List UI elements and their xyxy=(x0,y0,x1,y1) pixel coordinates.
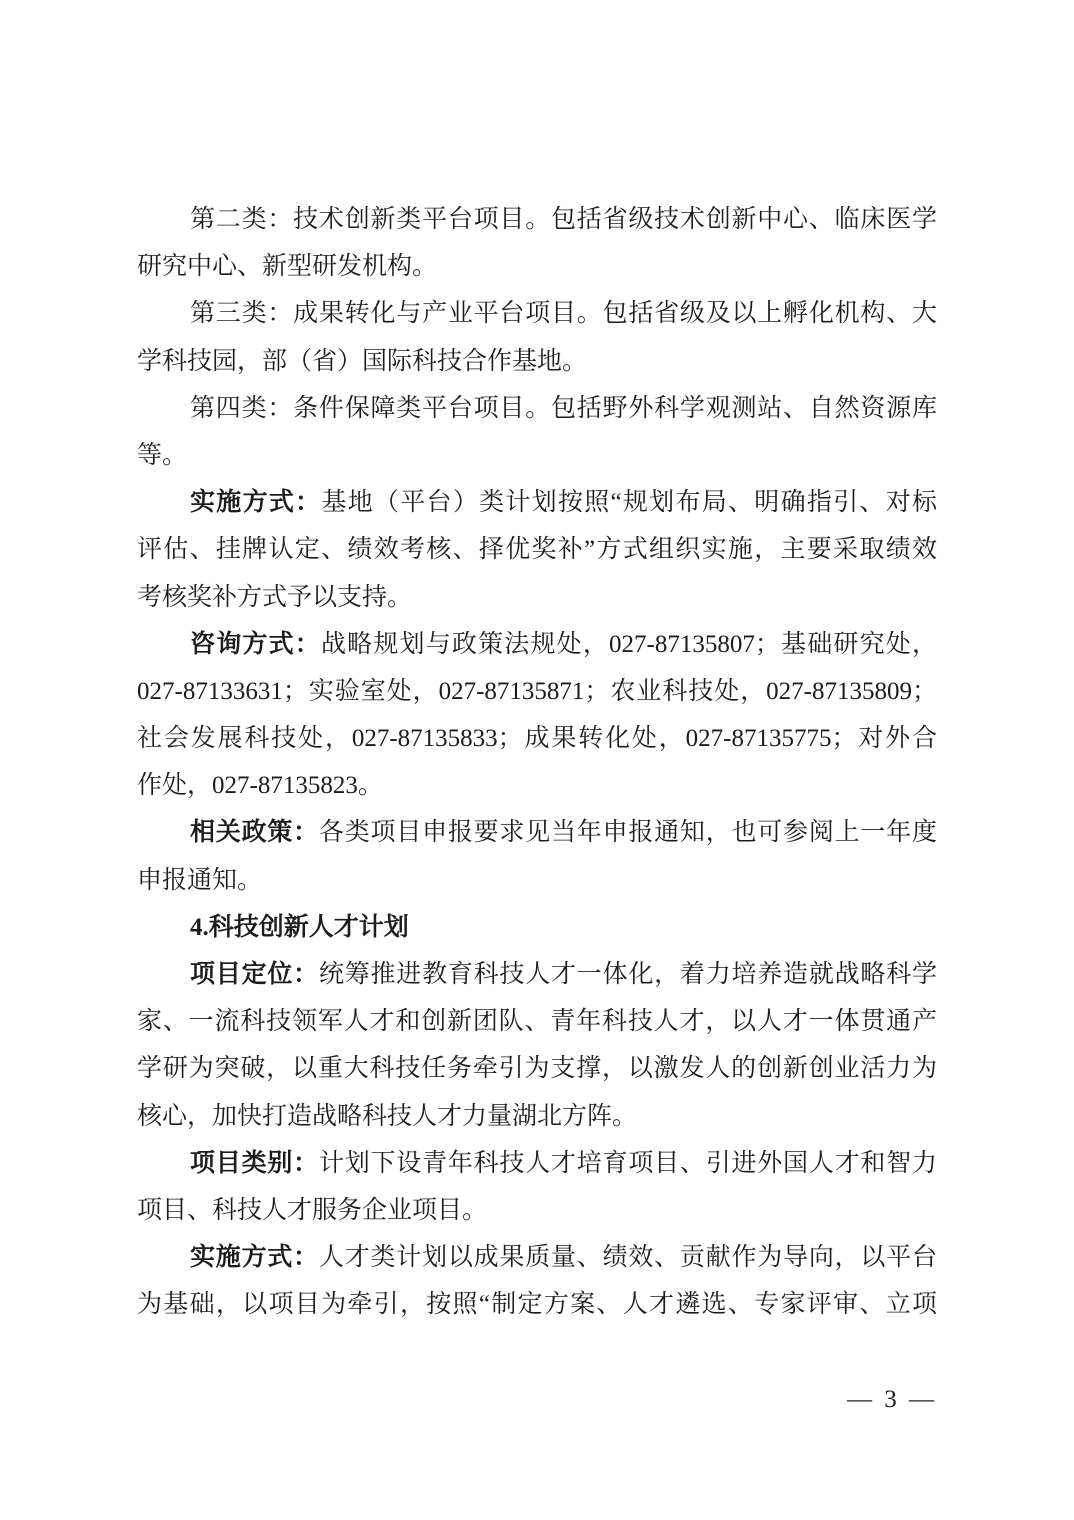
text-run: 人才类计划以成果质量、绩效、贡献作为导向，以平台 xyxy=(319,1244,937,1271)
text-run: 统筹推进教育科技人才一体化，着力培养造就战略科学 xyxy=(319,961,937,988)
page-number: — 3 — xyxy=(847,1384,937,1416)
text-run: 考核奖补方式予以支持。 xyxy=(137,584,412,611)
paragraph: 第四类：条件保障类平台项目。包括野外科学观测站、自然资源库等。 xyxy=(137,385,937,479)
text-run: 学研为突破，以重大科技任务牵引为支撑，以激发人的创新创业活力为 xyxy=(137,1055,937,1082)
paragraph: 咨询方式：战略规划与政策法规处，027-87135807；基础研究处，027-8… xyxy=(137,621,937,810)
paragraph: 第二类：技术创新类平台项目。包括省级技术创新中心、临床医学研究中心、新型研发机构… xyxy=(137,196,937,290)
text-run: 计划下设青年科技人才培育项目、引进外国人才和智力 xyxy=(319,1150,937,1177)
text-line: 评估、挂牌认定、绩效考核、择优奖补”方式组织实施，主要采取绩效 xyxy=(137,526,937,573)
text-line: 项目定位：统筹推进教育科技人才一体化，着力培养造就战略科学 xyxy=(137,951,937,998)
text-line: 第三类：成果转化与产业平台项目。包括省级及以上孵化机构、大 xyxy=(137,290,937,337)
text-line: 学科技园，部（省）国际科技合作基地。 xyxy=(137,338,937,385)
text-line: 家、一流科技领军人才和创新团队、青年科技人才，以人才一体贯通产 xyxy=(137,998,937,1045)
text-line: 研究中心、新型研发机构。 xyxy=(137,243,937,290)
text-run: 评估、挂牌认定、绩效考核、择优奖补”方式组织实施，主要采取绩效 xyxy=(137,536,937,563)
text-line: 实施方式：人才类计划以成果质量、绩效、贡献作为导向，以平台 xyxy=(137,1234,937,1281)
document-body: 第二类：技术创新类平台项目。包括省级技术创新中心、临床医学研究中心、新型研发机构… xyxy=(137,196,937,1329)
text-line: 第四类：条件保障类平台项目。包括野外科学观测站、自然资源库 xyxy=(137,385,937,432)
text-line: 027-87133631；实验室处，027-87135871；农业科技处，027… xyxy=(137,668,937,715)
text-run: 申报通知。 xyxy=(137,867,262,894)
bold-label: 咨询方式： xyxy=(190,631,321,658)
text-line: 相关政策：各类项目申报要求见当年申报通知，也可参阅上一年度 xyxy=(137,809,937,856)
text-run: 社会发展科技处，027-87135833；成果转化处，027-87135775；… xyxy=(137,725,937,752)
bold-label: 相关政策： xyxy=(190,819,319,846)
text-run: 第四类：条件保障类平台项目。包括野外科学观测站、自然资源库 xyxy=(190,395,937,422)
text-run: 核心，加快打造战略科技人才力量湖北方阵。 xyxy=(137,1103,637,1130)
text-line: 为基础，以项目为牵引，按照“制定方案、人才遴选、专家评审、立项 xyxy=(137,1281,937,1328)
text-line: 申报通知。 xyxy=(137,857,937,904)
text-run: 基地（平台）类计划按照“规划布局、明确指引、对标 xyxy=(321,489,937,516)
section-heading: 4.科技创新人才计划 xyxy=(137,904,937,951)
text-line: 考核奖补方式予以支持。 xyxy=(137,574,937,621)
paragraph: 第三类：成果转化与产业平台项目。包括省级及以上孵化机构、大学科技园，部（省）国际… xyxy=(137,290,937,384)
paragraph: 项目定位：统筹推进教育科技人才一体化，着力培养造就战略科学家、一流科技领军人才和… xyxy=(137,951,937,1140)
text-line: 实施方式：基地（平台）类计划按照“规划布局、明确指引、对标 xyxy=(137,479,937,526)
text-run: 战略规划与政策法规处，027-87135807；基础研究处， xyxy=(321,631,937,658)
text-line: 等。 xyxy=(137,432,937,479)
text-run: 家、一流科技领军人才和创新团队、青年科技人才，以人才一体贯通产 xyxy=(137,1008,937,1035)
text-run: 研究中心、新型研发机构。 xyxy=(137,253,437,280)
text-run: 第三类：成果转化与产业平台项目。包括省级及以上孵化机构、大 xyxy=(190,300,937,327)
bold-label: 实施方式： xyxy=(190,1244,319,1271)
paragraph: 实施方式：人才类计划以成果质量、绩效、贡献作为导向，以平台为基础，以项目为牵引，… xyxy=(137,1234,937,1328)
bold-label: 项目定位： xyxy=(190,961,319,988)
text-line: 学研为突破，以重大科技任务牵引为支撑，以激发人的创新创业活力为 xyxy=(137,1045,937,1092)
text-run: 027-87133631；实验室处，027-87135871；农业科技处，027… xyxy=(137,678,937,705)
text-line: 作处，027-87135823。 xyxy=(137,762,937,809)
text-line: 第二类：技术创新类平台项目。包括省级技术创新中心、临床医学 xyxy=(137,196,937,243)
paragraph: 实施方式：基地（平台）类计划按照“规划布局、明确指引、对标评估、挂牌认定、绩效考… xyxy=(137,479,937,621)
text-run: 项目、科技人才服务企业项目。 xyxy=(137,1197,487,1224)
text-line: 项目、科技人才服务企业项目。 xyxy=(137,1187,937,1234)
paragraph: 相关政策：各类项目申报要求见当年申报通知，也可参阅上一年度申报通知。 xyxy=(137,809,937,903)
bold-label: 项目类别： xyxy=(190,1150,319,1177)
paragraph: 项目类别：计划下设青年科技人才培育项目、引进外国人才和智力项目、科技人才服务企业… xyxy=(137,1140,937,1234)
bold-label: 实施方式： xyxy=(190,489,321,516)
bold-label: 4.科技创新人才计划 xyxy=(190,914,409,941)
text-run: 作处，027-87135823。 xyxy=(137,772,383,799)
text-line: 项目类别：计划下设青年科技人才培育项目、引进外国人才和智力 xyxy=(137,1140,937,1187)
text-run: 各类项目申报要求见当年申报通知，也可参阅上一年度 xyxy=(319,819,937,846)
text-line: 社会发展科技处，027-87135833；成果转化处，027-87135775；… xyxy=(137,715,937,762)
text-line: 4.科技创新人才计划 xyxy=(137,904,937,951)
text-run: 学科技园，部（省）国际科技合作基地。 xyxy=(137,348,587,375)
text-line: 咨询方式：战略规划与政策法规处，027-87135807；基础研究处， xyxy=(137,621,937,668)
text-run: 为基础，以项目为牵引，按照“制定方案、人才遴选、专家评审、立项 xyxy=(137,1291,937,1318)
text-run: 等。 xyxy=(137,442,187,469)
text-line: 核心，加快打造战略科技人才力量湖北方阵。 xyxy=(137,1093,937,1140)
text-run: 第二类：技术创新类平台项目。包括省级技术创新中心、临床医学 xyxy=(190,206,937,233)
